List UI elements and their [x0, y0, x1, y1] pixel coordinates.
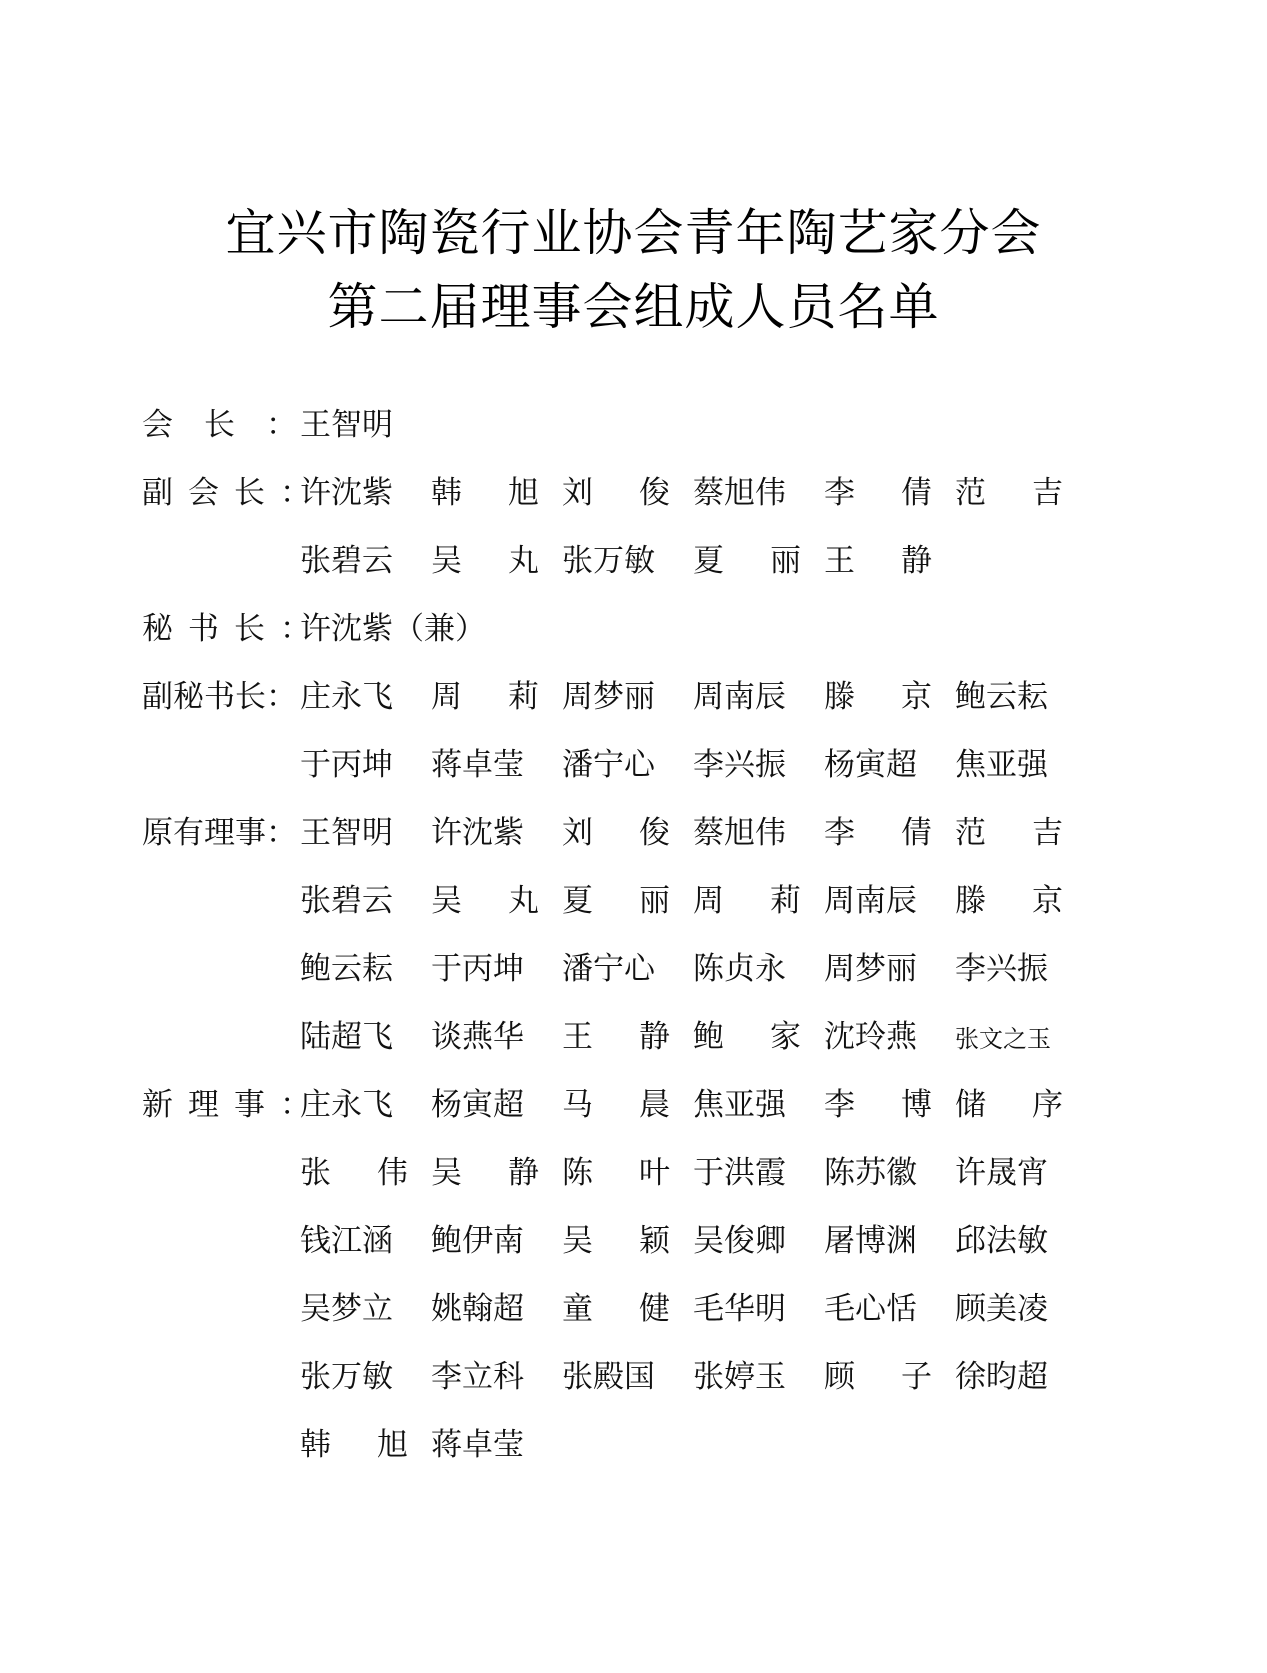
person-name: 蒋卓莹 — [431, 745, 539, 785]
person-name: 张伟 — [300, 1153, 408, 1193]
person-name: 庄永飞 — [300, 1085, 408, 1125]
label-text: 秘书长： — [142, 611, 326, 647]
person-name: 张万敏 — [562, 541, 670, 581]
person-name: 潘宁心 — [562, 949, 670, 989]
person-name: 徐昀超 — [955, 1357, 1063, 1397]
label-vice-president: 副会长： — [142, 473, 312, 513]
person-name: 夏丽 — [693, 541, 801, 581]
person-name: 蔡旭伟 — [693, 813, 801, 853]
person-name: 许沈紫 — [431, 813, 539, 853]
person-name: 韩旭 — [431, 473, 539, 513]
person-name: 王智明 — [300, 813, 408, 853]
person-name: 许沈紫 — [300, 473, 408, 513]
person-name: 范吉 — [955, 473, 1063, 513]
person-name: 焦亚强 — [693, 1085, 801, 1125]
person-name: 滕京 — [955, 881, 1063, 921]
person-name: 张殿国 — [562, 1357, 670, 1397]
person-name: 杨寅超 — [431, 1085, 539, 1125]
person-name: 周南辰 — [693, 677, 801, 717]
person-name: 鲍云耘 — [300, 949, 408, 989]
person-name: 蔡旭伟 — [693, 473, 801, 513]
label-new-directors: 新理事： — [142, 1085, 312, 1125]
label-text: 会 长 ： — [142, 407, 297, 443]
person-name: 李博 — [824, 1085, 932, 1125]
person-name: 许晟宵 — [955, 1153, 1063, 1193]
person-name: 吴俊卿 — [693, 1221, 801, 1261]
person-name: 韩旭 — [300, 1425, 408, 1465]
person-name: 潘宁心 — [562, 745, 670, 785]
person-name: 钱江涵 — [300, 1221, 408, 1261]
person-name: 周梦丽 — [824, 949, 932, 989]
person-name: 顾子 — [824, 1357, 932, 1397]
person-name: 姚翰超 — [431, 1289, 539, 1329]
person-name: 张婷玉 — [693, 1357, 801, 1397]
secretary-general-name: 许沈紫（兼） — [300, 609, 486, 649]
person-name: 李倩 — [824, 813, 932, 853]
president-name: 王智明 — [300, 405, 393, 445]
person-name: 张碧云 — [300, 541, 408, 581]
person-name: 毛心恬 — [824, 1289, 932, 1329]
person-name: 焦亚强 — [955, 745, 1063, 785]
person-name: 夏丽 — [562, 881, 670, 921]
person-name: 吴梦立 — [300, 1289, 408, 1329]
person-name: 沈玲燕 — [824, 1017, 932, 1057]
person-name: 庄永飞 — [300, 677, 408, 717]
person-name: 童健 — [562, 1289, 670, 1329]
person-name: 刘俊 — [562, 813, 670, 853]
person-name: 周莉 — [693, 881, 801, 921]
person-name: 张碧云 — [300, 881, 408, 921]
person-name: 毛华明 — [693, 1289, 801, 1329]
person-name: 鲍伊南 — [431, 1221, 539, 1261]
person-name: 吴颖 — [562, 1221, 670, 1261]
person-name: 吴丸 — [431, 541, 539, 581]
person-name: 鲍云耘 — [955, 677, 1063, 717]
person-name: 陆超飞 — [300, 1017, 408, 1057]
person-name: 杨寅超 — [824, 745, 932, 785]
document-title-line1: 宜兴市陶瓷行业协会青年陶艺家分会 — [0, 203, 1267, 263]
person-name: 屠博渊 — [824, 1221, 932, 1261]
label-existing-directors: 原有理事： — [142, 813, 312, 853]
person-name: 于洪霞 — [693, 1153, 801, 1193]
label-deputy-secretary-general: 副秘书长： — [142, 677, 312, 717]
person-name: 陈苏徽 — [824, 1153, 932, 1193]
label-president: 会 长 ： — [142, 405, 312, 445]
person-name: 于丙坤 — [431, 949, 539, 989]
person-name: 范吉 — [955, 813, 1063, 853]
person-name: 于丙坤 — [300, 745, 408, 785]
person-name: 蒋卓莹 — [431, 1425, 539, 1465]
person-name: 马晨 — [562, 1085, 670, 1125]
person-name: 李立科 — [431, 1357, 539, 1397]
person-name: 陈贞永 — [693, 949, 801, 989]
person-name: 吴丸 — [431, 881, 539, 921]
person-name: 王静 — [562, 1017, 670, 1057]
person-name: 张文之玉 — [955, 1019, 1065, 1059]
label-secretary-general: 秘书长： — [142, 609, 312, 649]
person-name: 李倩 — [824, 473, 932, 513]
person-name: 吴静 — [431, 1153, 539, 1193]
label-text: 副秘书长： — [142, 679, 297, 715]
person-name: 刘俊 — [562, 473, 670, 513]
label-text: 原有理事： — [142, 815, 297, 851]
person-name: 谈燕华 — [431, 1017, 539, 1057]
label-text: 副会长： — [142, 475, 326, 511]
person-name: 李兴振 — [693, 745, 801, 785]
person-name: 王静 — [824, 541, 932, 581]
person-name: 滕京 — [824, 677, 932, 717]
document-title-line2: 第二届理事会组成人员名单 — [0, 277, 1267, 337]
person-name: 陈叶 — [562, 1153, 670, 1193]
person-name: 邱法敏 — [955, 1221, 1063, 1261]
person-name: 周南辰 — [824, 881, 932, 921]
person-name: 顾美凌 — [955, 1289, 1063, 1329]
person-name: 鲍家 — [693, 1017, 801, 1057]
label-text: 新理事： — [142, 1087, 326, 1123]
person-name: 周梦丽 — [562, 677, 670, 717]
person-name: 李兴振 — [955, 949, 1063, 989]
person-name: 储序 — [955, 1085, 1063, 1125]
person-name: 张万敏 — [300, 1357, 408, 1397]
person-name: 周莉 — [431, 677, 539, 717]
